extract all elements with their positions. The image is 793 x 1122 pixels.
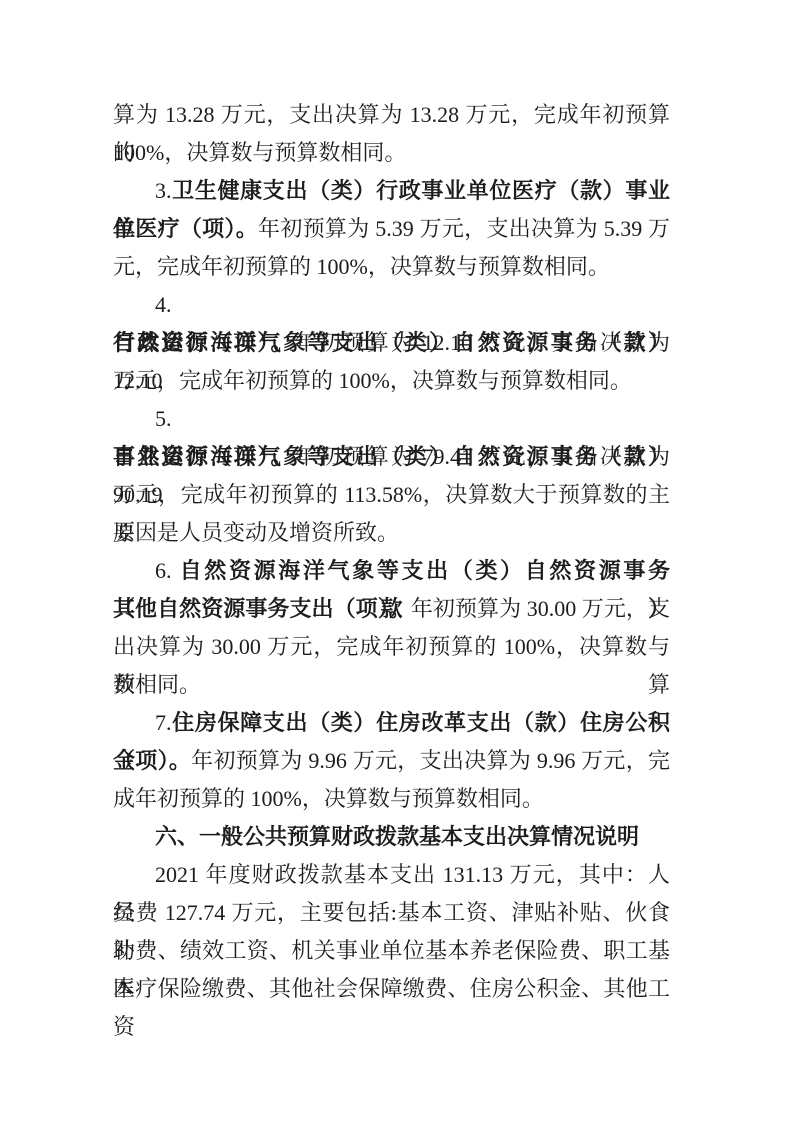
- text-line: 7.住房保障支出（类）住房改革支出（款）住房公积金: [113, 704, 670, 742]
- text-line: 位医疗（项）。年初预算为 5.39 万元，支出决算为 5.39 万: [113, 210, 670, 248]
- section-heading-text: 六、一般公共预算财政拨款基本支出决算情况说明: [155, 824, 639, 849]
- text-line: 经费 127.74 万元，主要包括:基本工资、津贴补贴、伙食补: [113, 894, 670, 932]
- paragraph-item-2-continuation: 算为 13.28 万元，支出决算为 13.28 万元，完成年初预算的100%，决…: [113, 96, 670, 172]
- body-text: 7.: [155, 710, 172, 735]
- text-line: 出决算为 30.00 万元，完成年初预算的 100%，决算数与预算: [113, 628, 670, 666]
- text-line: 其他自然资源事务支出（项）。年初预算为 30.00 万元，支: [113, 590, 670, 628]
- text-line: 行政运行（项）。年初预算为 12.10 万元，支出决算为 12.10: [113, 324, 670, 362]
- budget-item-title: 其他自然资源事务支出（项）。: [113, 596, 411, 621]
- body-text: 6.: [155, 558, 180, 583]
- body-text: 元，完成年初预算的 100%，决算数与预算数相同。: [113, 254, 610, 279]
- text-line: 成年初预算的 100%，决算数与预算数相同。: [113, 780, 670, 818]
- body-text: 4.: [155, 292, 172, 317]
- text-line: 4.自然资源海洋气象等支出（类）自然资源事务（款）: [113, 286, 670, 324]
- body-text: 原因是人员变动及增资所致。: [113, 520, 399, 545]
- text-line: 100%，决算数与预算数相同。: [113, 134, 670, 172]
- document-body: 算为 13.28 万元，支出决算为 13.28 万元，完成年初预算的100%，决…: [113, 96, 670, 1008]
- budget-item-title: 行政运行（项）。: [113, 330, 295, 355]
- paragraph-basic-expenditure-paragraph: 2021 年度财政拨款基本支出 131.13 万元，其中：人员经费 127.74…: [113, 856, 670, 1008]
- body-text: 成年初预算的 100%，决算数与预算数相同。: [113, 786, 544, 811]
- text-line: 万元，完成年初预算的 100%，决算数与预算数相同。: [113, 362, 670, 400]
- budget-item-title: 事业运行（项）。: [113, 444, 295, 469]
- body-text: 万元，完成年初预算的 100%，决算数与预算数相同。: [113, 368, 632, 393]
- text-line: （项）。年初预算为 9.96 万元，支出决算为 9.96 万元，完: [113, 742, 670, 780]
- paragraph-item-7: 7.住房保障支出（类）住房改革支出（款）住房公积金（项）。年初预算为 9.96 …: [113, 704, 670, 818]
- text-line: 事业运行（项）。年初预算为 79.41 万元，支出决算为 90.19: [113, 438, 670, 476]
- paragraph-item-4: 4.自然资源海洋气象等支出（类）自然资源事务（款）行政运行（项）。年初预算为 1…: [113, 286, 670, 400]
- text-line: 六、一般公共预算财政拨款基本支出决算情况说明: [113, 818, 670, 856]
- budget-item-title: （项）。: [113, 748, 191, 773]
- paragraph-item-3: 3.卫生健康支出（类）行政事业单位医疗（款）事业单位医疗（项）。年初预算为 5.…: [113, 172, 670, 286]
- text-line: 医疗保险缴费、其他社会保障缴费、住房公积金、其他工资: [113, 970, 670, 1008]
- body-text: 3.: [155, 178, 172, 203]
- body-text: 年初预算为 5.39 万元，支出决算为 5.39 万: [258, 216, 670, 241]
- text-line: 助费、绩效工资、机关事业单位基本养老保险费、职工基本: [113, 932, 670, 970]
- paragraph-item-6: 6. 自然资源海洋气象等支出（类）自然资源事务（款）其他自然资源事务支出（项）。…: [113, 552, 670, 704]
- paragraph-section-6-heading: 六、一般公共预算财政拨款基本支出决算情况说明: [113, 818, 670, 856]
- body-text: 年初预算为 9.96 万元，支出决算为 9.96 万元，完: [191, 748, 670, 773]
- body-text: 100%，决算数与预算数相同。: [113, 140, 406, 165]
- text-line: 元，完成年初预算的 100%，决算数与预算数相同。: [113, 248, 670, 286]
- budget-item-title: 位医疗（项）。: [113, 216, 258, 241]
- paragraph-item-5: 5.自然资源海洋气象等支出（类）自然资源事务（款）事业运行（项）。年初预算为 7…: [113, 400, 670, 552]
- text-line: 2021 年度财政拨款基本支出 131.13 万元，其中：人员: [113, 856, 670, 894]
- body-text: 5.: [155, 406, 172, 431]
- text-line: 万元，完成年初预算的 113.58%，决算数大于预算数的主要: [113, 476, 670, 514]
- text-line: 3.卫生健康支出（类）行政事业单位医疗（款）事业单: [113, 172, 670, 210]
- document-page: 算为 13.28 万元，支出决算为 13.28 万元，完成年初预算的100%，决…: [0, 0, 793, 1122]
- text-line: 算为 13.28 万元，支出决算为 13.28 万元，完成年初预算的: [113, 96, 670, 134]
- text-line: 5.自然资源海洋气象等支出（类）自然资源事务（款）: [113, 400, 670, 438]
- body-text: 数相同。: [113, 672, 201, 697]
- text-line: 6. 自然资源海洋气象等支出（类）自然资源事务（款）: [113, 552, 670, 590]
- body-text: 年初预算为 30.00 万元，支: [411, 596, 670, 621]
- body-text: 医疗保险缴费、其他社会保障缴费、住房公积金、其他工资: [113, 976, 670, 1039]
- text-line: 原因是人员变动及增资所致。: [113, 514, 670, 552]
